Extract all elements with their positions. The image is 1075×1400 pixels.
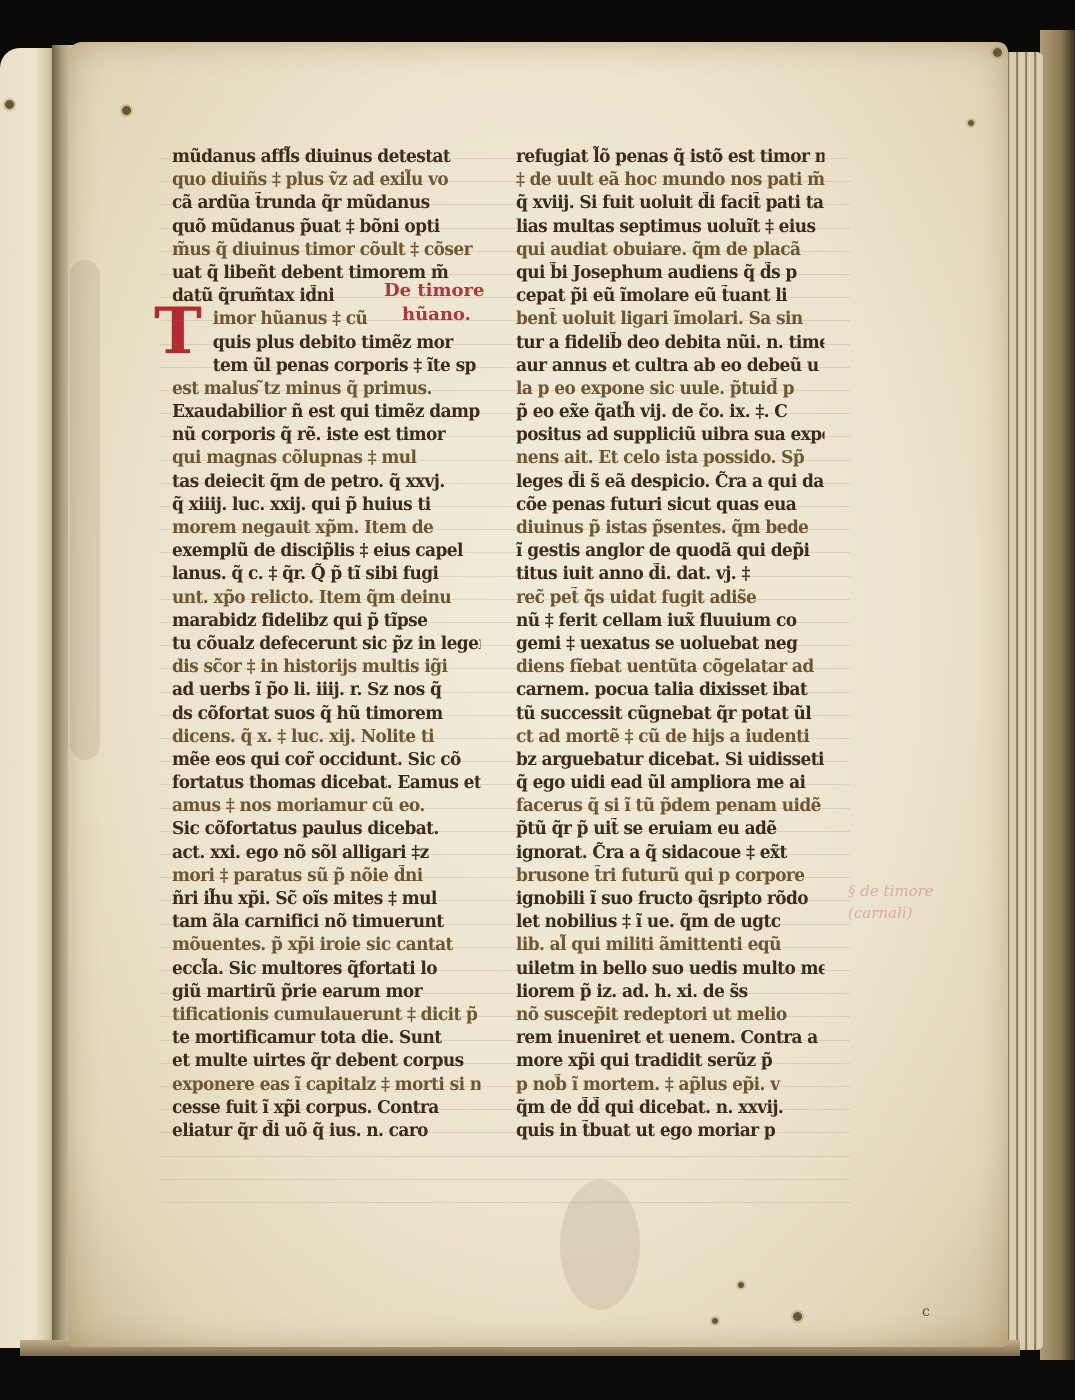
ruling-line bbox=[160, 645, 850, 646]
ruling-line bbox=[160, 413, 850, 414]
folio-mark: c bbox=[922, 1304, 930, 1320]
page-fore-edge-stack bbox=[1003, 52, 1043, 1350]
ruling-line bbox=[160, 204, 850, 205]
ruling-line bbox=[160, 784, 850, 785]
ruling-line bbox=[160, 1202, 850, 1203]
ruling-line bbox=[160, 367, 850, 368]
ruling-line bbox=[160, 181, 850, 182]
ruling-line bbox=[160, 390, 850, 391]
ruling-line bbox=[160, 251, 850, 252]
worm-hole bbox=[738, 1282, 744, 1288]
water-stain bbox=[560, 1180, 640, 1310]
margin-note-line: (carnali) bbox=[848, 902, 934, 924]
ruling-line bbox=[160, 576, 850, 577]
binding-cover-edge bbox=[1040, 30, 1075, 1360]
ruling-line bbox=[160, 831, 850, 832]
worm-hole bbox=[793, 1312, 802, 1321]
ruling-line bbox=[160, 900, 850, 901]
worm-hole bbox=[993, 48, 1002, 57]
ruling-line bbox=[160, 668, 850, 669]
ruling-line bbox=[160, 506, 850, 507]
worm-hole bbox=[712, 1318, 718, 1324]
ruling-line bbox=[160, 715, 850, 716]
ruling-line bbox=[160, 854, 850, 855]
margin-stain bbox=[70, 260, 100, 760]
ruling-line bbox=[160, 993, 850, 994]
ruling-line bbox=[160, 274, 850, 275]
ruling-line bbox=[160, 460, 850, 461]
margin-annotation: § de timore (carnali) bbox=[848, 880, 934, 924]
ruling-line bbox=[160, 924, 850, 925]
worm-hole bbox=[122, 106, 131, 115]
ruling-line bbox=[160, 738, 850, 739]
ruling-line bbox=[160, 228, 850, 229]
margin-note-line: § de timore bbox=[848, 880, 934, 902]
worm-hole bbox=[968, 120, 974, 126]
rubric-heading-line: De timore bbox=[384, 279, 484, 303]
ruling-line bbox=[160, 1109, 850, 1110]
ruling-line bbox=[160, 1132, 850, 1133]
ruling-line bbox=[160, 622, 850, 623]
ruling-line bbox=[160, 297, 850, 298]
ruling-line bbox=[160, 1086, 850, 1087]
ruling-line bbox=[160, 158, 850, 159]
ruling-line bbox=[160, 552, 850, 553]
ruling-line bbox=[160, 970, 850, 971]
ruling-line bbox=[160, 1040, 850, 1041]
rubric-heading-line: hũano. bbox=[402, 303, 484, 327]
ruling-line bbox=[160, 808, 850, 809]
ruling-line bbox=[160, 1156, 850, 1157]
ruling-line bbox=[160, 761, 850, 762]
ruling-line bbox=[160, 483, 850, 484]
ruling-line bbox=[160, 529, 850, 530]
ruling-line bbox=[160, 1063, 850, 1064]
ruling-line bbox=[160, 320, 850, 321]
worm-hole bbox=[5, 100, 14, 109]
ruling-line bbox=[160, 947, 850, 948]
ruling-line bbox=[160, 344, 850, 345]
ruling-line bbox=[160, 436, 850, 437]
ruling-line bbox=[160, 599, 850, 600]
ruling-line bbox=[160, 877, 850, 878]
ruling-line bbox=[160, 692, 850, 693]
ruling-line bbox=[160, 1179, 850, 1180]
ruling-line bbox=[160, 1016, 850, 1017]
